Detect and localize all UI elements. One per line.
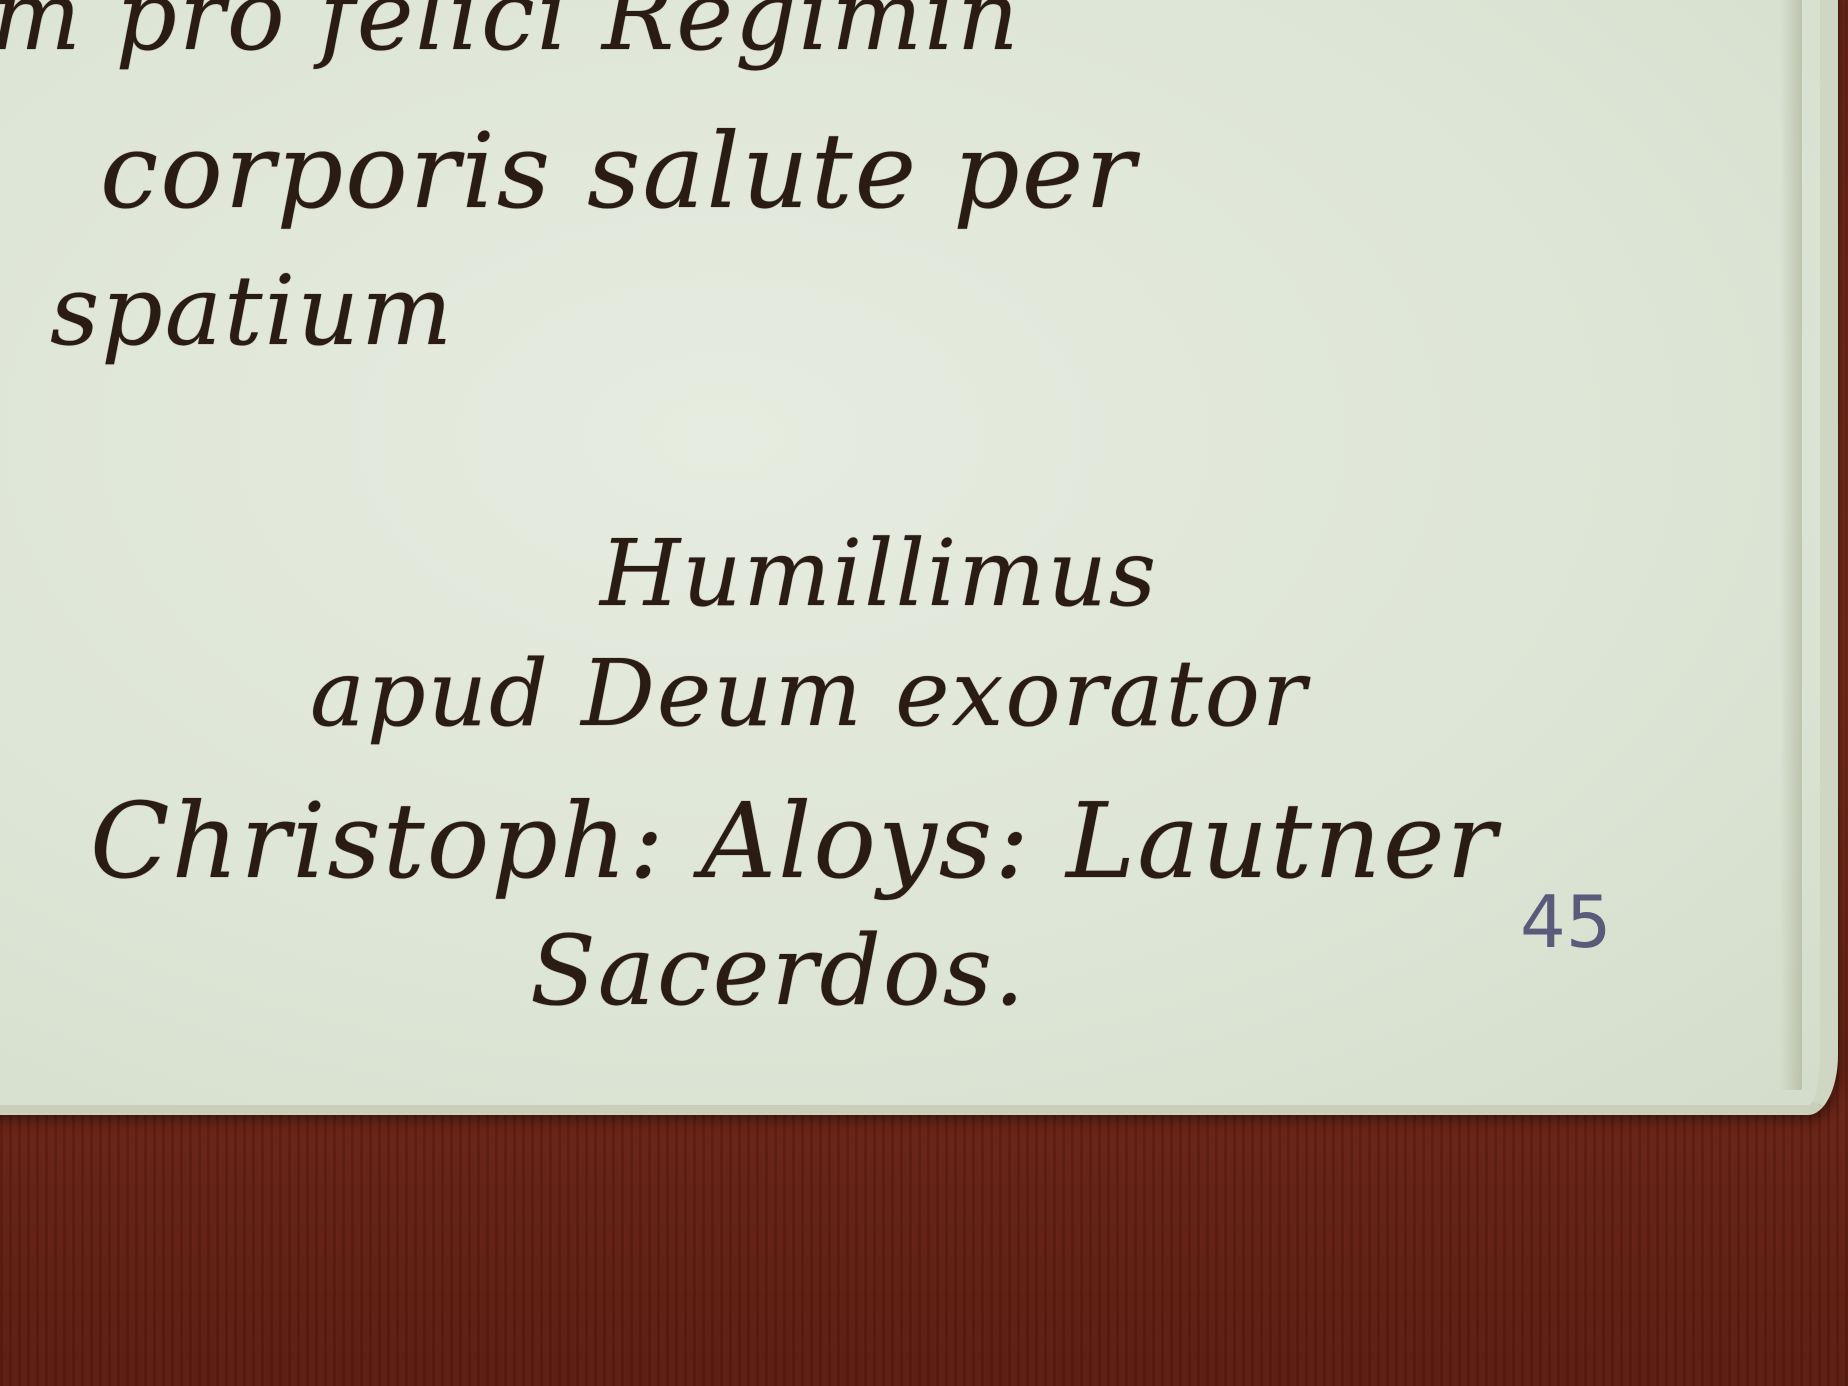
body-line-2: corporis salute per — [100, 110, 1137, 232]
deckle-edge — [1780, 0, 1802, 1090]
closing-exorator: apud Deum exorator — [310, 640, 1308, 747]
body-line-1: m pro felici Regimin — [0, 0, 1021, 72]
signature-title: Sacerdos. — [530, 915, 1027, 1027]
pencil-page-number: 45 — [1520, 880, 1612, 964]
body-line-3: spatium — [50, 255, 454, 367]
closing-humillimus: Humillimus — [600, 520, 1158, 627]
signature-name: Christoph: Aloys: Lautner — [90, 780, 1498, 902]
